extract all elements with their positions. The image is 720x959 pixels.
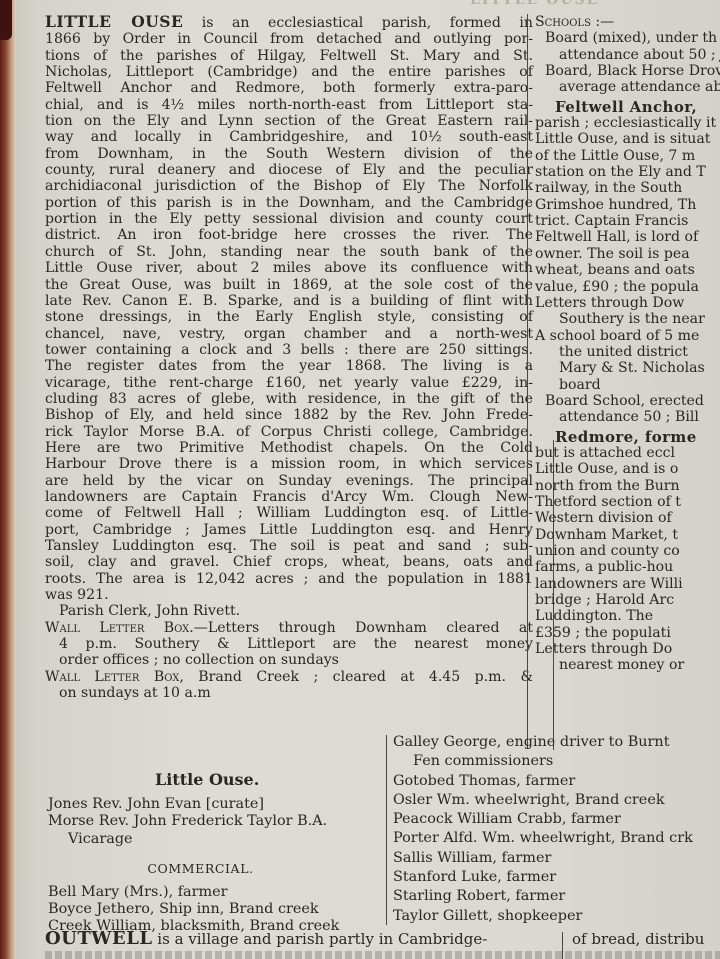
right-column-line: attendance 50 ; Bill: [535, 409, 720, 425]
right-column-line: station on the Ely and T: [535, 164, 720, 180]
parish-clerk: Parish Clerk, John Rivett.: [45, 603, 533, 619]
paragraph-line: tions of the parishes of Hilgay, Feltwel…: [45, 48, 533, 64]
directory-page: LITTLE OUSE LITTLE OUSE is an ecclesiast…: [0, 0, 720, 959]
paragraph-line: tion on the Ely and Lynn section of the …: [45, 113, 533, 129]
right-column-line: £359 ; the populati: [535, 625, 720, 641]
right-column-line: board: [535, 377, 720, 393]
paragraph-line: late Rev. Canon E. B. Sparke, and is a b…: [45, 293, 533, 309]
directory-left-column: Jones Rev. John Evan [curate]Morse Rev. …: [48, 796, 383, 936]
paragraph-line: 1866 by Order in Council from detached a…: [45, 31, 533, 47]
cut-off-text-line: [45, 951, 720, 959]
wall-box-line: on sundays at 10 a.m: [45, 685, 533, 701]
little-ouse-description: LITTLE OUSE is an ecclesiastical parish,…: [45, 14, 533, 701]
paragraph-line: way and locally in Cambridgeshire, and 1…: [45, 129, 533, 145]
right-column-line: average attendance abo: [535, 79, 720, 95]
directory-entry: Starling Robert, farmer: [393, 887, 720, 906]
paragraph-line: roots. The area is 12,042 acres ; and th…: [45, 571, 533, 587]
paragraph-line: landowners are Captain Francis d'Arcy Wm…: [45, 489, 533, 505]
paragraph-line: county, rural deanery and diocese of Ely…: [45, 162, 533, 178]
paragraph-line: portion in the Ely petty sessional divis…: [45, 211, 533, 227]
right-column-line: Letters through Do: [535, 641, 720, 657]
paragraph-line: Bishop of Ely, and held since 1882 by th…: [45, 407, 533, 423]
binding-corner: [0, 0, 12, 40]
right-column-line: bridge ; Harold Arc: [535, 592, 720, 608]
right-column-line: Thetford section of t: [535, 494, 720, 510]
paragraph-line: soil, clay and gravel. Chief crops, whea…: [45, 554, 533, 570]
wall-letter-box-downham: Wall Letter Box.—Letters through Downham…: [45, 620, 533, 669]
directory-entry: Porter Alfd. Wm. wheelwright, Brand crk: [393, 829, 720, 848]
wall-letter-box-brand-creek: Wall Letter Box, Brand Creek ; cleared a…: [45, 669, 533, 702]
paragraph-line: archidiaconal jurisdiction of the Bishop…: [45, 178, 533, 194]
paragraph-line: port, Cambridge ; James Little Luddingto…: [45, 522, 533, 538]
paragraph-line: Harbour Drove there is a mission room, i…: [45, 456, 533, 472]
directory-entry-continuation: Fen commissioners: [393, 752, 720, 771]
right-column-line: union and county co: [535, 543, 720, 559]
outwell-title: OUTWELL: [45, 928, 153, 949]
directory-entry: Jones Rev. John Evan [curate]: [48, 796, 383, 813]
directory-entry-continuation: Vicarage: [48, 831, 383, 848]
parish-title: LITTLE OUSE: [45, 12, 183, 31]
right-column-line: Western division of: [535, 510, 720, 526]
paragraph-line: was 921.: [45, 587, 533, 603]
right-column-line: Feltwell Hall, is lord of: [535, 229, 720, 245]
directory-right-column: Galley George, engine driver to BurntFen…: [393, 733, 720, 926]
commercial-heading: COMMERCIAL.: [48, 860, 383, 877]
wall-box-line: order offices ; no collection on sundays: [45, 652, 533, 668]
paragraph-line: portion of this parish is in the Downham…: [45, 195, 533, 211]
paragraph-line: Little Ouse river, about 2 miles above i…: [45, 260, 533, 276]
directory-entry: Bell Mary (Mrs.), farmer: [48, 884, 383, 901]
paragraph-line: Nicholas, Littleport (Cambridge) and the…: [45, 64, 533, 80]
directory-entry: Stanford Luke, farmer: [393, 868, 720, 887]
paragraph-line: the Great Ouse, was built in 1869, at th…: [45, 277, 533, 293]
right-column-line: Board (mixed), under th: [535, 30, 720, 46]
paragraph-line: rick Taylor Morse B.A. of Corpus Christi…: [45, 424, 533, 440]
right-column-line: Letters through Dow: [535, 295, 720, 311]
right-column-line: Downham Market, t: [535, 527, 720, 543]
right-column-line: farms, a public-hou: [535, 559, 720, 575]
right-column-line: Little Ouse, and is o: [535, 461, 720, 477]
paragraph-line: district. An iron foot-bridge here cross…: [45, 227, 533, 243]
right-column-line: Luddington. The: [535, 608, 720, 624]
directory-entry: Gotobed Thomas, farmer: [393, 772, 720, 791]
directory-entry: Boyce Jethero, Ship inn, Brand creek: [48, 901, 383, 918]
paragraph-text: is an ecclesiastical parish, formed in: [183, 15, 533, 31]
right-column-line: the united district: [535, 344, 720, 360]
directory-entry: Morse Rev. John Frederick Taylor B.A.: [48, 813, 383, 830]
section-title-little-ouse: Little Ouse.: [155, 770, 259, 789]
right-column-line: but is attached eccl: [535, 445, 720, 461]
paragraph-line: are held by the vicar on Sunday evenings…: [45, 473, 533, 489]
directory-entry: Sallis William, farmer: [393, 849, 720, 868]
right-column-line: Little Ouse, and is situat: [535, 131, 720, 147]
paragraph-line: chancel, nave, vestry, organ chamber and…: [45, 326, 533, 342]
right-column-line: wheat, beans and oats: [535, 262, 720, 278]
book-binding: [0, 0, 16, 959]
running-header: LITTLE OUSE: [470, 0, 599, 8]
outwell-right-text: of bread, distribu: [572, 930, 704, 948]
right-column-line: north from the Burn: [535, 478, 720, 494]
right-column-line: trict. Captain Francis: [535, 213, 720, 229]
wall-box-line: Wall Letter Box.—Letters through Downham…: [45, 620, 533, 636]
paragraph-line: stone dressings, in the Early English st…: [45, 309, 533, 325]
right-column-line: owner. The soil is pea: [535, 246, 720, 262]
right-column-line: Schools :—: [535, 14, 720, 30]
paragraph-line: The register dates from the year 1868. T…: [45, 358, 533, 374]
right-column-line: Southery is the near: [535, 311, 720, 327]
right-column-line: landowners are Willi: [535, 576, 720, 592]
right-column-line: Redmore, forme: [535, 429, 720, 445]
paragraph-line: chial, and is 4½ miles north-north-east …: [45, 97, 533, 113]
right-column-line: of the Little Ouse, 7 m: [535, 148, 720, 164]
wall-box-line: 4 p.m. Southery & Littleport are the nea…: [45, 636, 533, 652]
right-column-line: Board School, erected: [535, 393, 720, 409]
outwell-text: is a village and parish partly in Cambri…: [153, 930, 488, 948]
directory-entry: Taylor Gillett, shopkeeper: [393, 907, 720, 926]
paragraph-line: from Downham, in the South Western divis…: [45, 146, 533, 162]
wall-box-label: Wall Letter Box.: [45, 620, 194, 636]
wall-box-label: Wall Letter Box: [45, 669, 179, 685]
right-column-text: Schools :—Board (mixed), under thattenda…: [535, 14, 720, 674]
directory-divider: [386, 735, 387, 925]
little-ouse-paragraph: LITTLE OUSE is an ecclesiastical parish,…: [45, 14, 533, 603]
right-column-line: Grimshoe hundred, Th: [535, 197, 720, 213]
paragraph-line: LITTLE OUSE is an ecclesiastical parish,…: [45, 14, 533, 31]
directory-entry: Galley George, engine driver to Burnt: [393, 733, 720, 752]
right-column-line: Mary & St. Nicholas: [535, 360, 720, 376]
column-divider: [527, 14, 528, 749]
paragraph-line: come of Feltwell Hall ; William Luddingt…: [45, 505, 533, 521]
paragraph-line: Feltwell Anchor and Redmore, both former…: [45, 80, 533, 96]
paragraph-line: cluding 83 acres of glebe, with residenc…: [45, 391, 533, 407]
paragraph-line: Here are two Primitive Methodist chapels…: [45, 440, 533, 456]
right-column-line: railway, in the South: [535, 180, 720, 196]
right-column-line: Board, Black Horse Drov: [535, 63, 720, 79]
right-column-line: parish ; ecclesiastically it: [535, 115, 720, 131]
paragraph-line: vicarage, tithe rent-charge £160, net ye…: [45, 375, 533, 391]
directory-entry: Osler Wm. wheelwright, Brand creek: [393, 791, 720, 810]
directory-entry: Peacock William Crabb, farmer: [393, 810, 720, 829]
paragraph-line: church of St. John, standing near the so…: [45, 244, 533, 260]
right-column-line: nearest money or: [535, 657, 720, 673]
right-column-line: A school board of 5 me: [535, 328, 720, 344]
paragraph-line: Tansley Luddington esq. The soil is peat…: [45, 538, 533, 554]
right-column-line: Feltwell Anchor,: [535, 99, 720, 115]
right-column-line: value, £90 ; the popula: [535, 279, 720, 295]
right-column-line: attendance about 50 ; J: [535, 47, 720, 63]
wall-box-line: Wall Letter Box, Brand Creek ; cleared a…: [45, 669, 533, 685]
paragraph-line: tower containing a clock and 3 bells : t…: [45, 342, 533, 358]
